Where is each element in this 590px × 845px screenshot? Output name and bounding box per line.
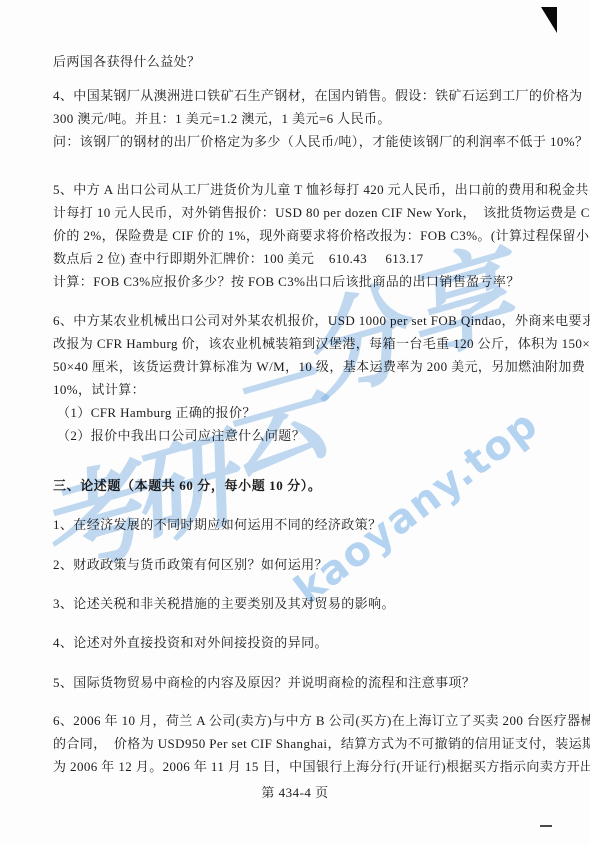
text-line: 数点后 2 位) 查中行即期外汇牌价：100 美元 610.43 613.17	[53, 247, 590, 270]
text-line: 5、中方 A 出口公司从工厂进货价为儿童 T 恤衫每打 420 元人民币，出口前…	[53, 178, 590, 201]
text-line: 1、在经济发展的不同时期应如何运用不同的经济政策？	[53, 513, 382, 536]
text-line: 问：该钢厂的钢材的出厂价格定为多少（人民币/吨），才能使该钢厂的利润率不低于 1…	[53, 130, 588, 153]
essay-question-3: 3、论述关税和非关税措施的主要类别及其对贸易的影响。	[53, 592, 395, 615]
text-line: 6、2006 年 10 月，荷兰 A 公司(卖方)与中方 B 公司(买方)在上海…	[53, 709, 590, 732]
text-line: 后两国各获得什么益处？	[53, 50, 200, 73]
page-corner-triangle-icon	[541, 7, 557, 33]
section-3-heading: 三、论述题（本题共 60 分，每小题 10 分）。	[53, 474, 322, 497]
text-line: 6、中方某农业机械出口公司对外某农机报价，USD 1000 per set FO…	[53, 309, 590, 332]
essay-question-2: 2、财政政策与货币政策有何区别？如何运用？	[53, 553, 328, 576]
text-line: 为 2006 年 12 月。2006 年 11 月 15 日，中国银行上海分行(…	[53, 755, 590, 778]
text-line: 3、论述关税和非关税措施的主要类别及其对贸易的影响。	[53, 592, 395, 615]
question-5: 5、中方 A 出口公司从工厂进货价为儿童 T 恤衫每打 420 元人民币，出口前…	[53, 178, 590, 293]
text-line: 4、论述对外直接投资和对外间接投资的异同。	[53, 631, 328, 654]
question-intro-fragment: 后两国各获得什么益处？	[53, 50, 200, 73]
sub-question-1: （1）CFR Hamburg 正确的报价？	[53, 401, 590, 424]
exam-page: 后两国各获得什么益处？ 4、中国某钢厂从澳洲进口铁矿石生产钢材，在国内销售。假设…	[0, 0, 590, 845]
essay-question-6-case: 6、2006 年 10 月，荷兰 A 公司(卖方)与中方 B 公司(买方)在上海…	[53, 709, 590, 778]
essay-question-5: 5、国际货物贸易中商检的内容及原因？并说明商检的流程和注意事项？	[53, 671, 475, 694]
section-title: 三、论述题（本题共 60 分，每小题 10 分）。	[53, 474, 322, 497]
text-line: 价的 2%，保险费是 CIF 价的 1%，现外商要求将价格改报为：FOB C3%…	[53, 224, 590, 247]
text-line: 的合同， 价格为 USD950 Per set CIF Shanghai，结算方…	[53, 732, 590, 755]
text-line: 2、财政政策与货币政策有何区别？如何运用？	[53, 553, 328, 576]
sub-question-2: （2）报价中我出口公司应注意什么问题？	[53, 424, 590, 447]
text-line: 4、中国某钢厂从澳洲进口铁矿石生产钢材，在国内销售。假设：铁矿石运到工厂的价格为	[53, 84, 588, 107]
text-line: 计算：FOB C3%应报价多少？按 FOB C3%出口后该批商品的出口销售盈亏率…	[53, 270, 590, 293]
essay-question-1: 1、在经济发展的不同时期应如何运用不同的经济政策？	[53, 513, 382, 536]
question-4: 4、中国某钢厂从澳洲进口铁矿石生产钢材，在国内销售。假设：铁矿石运到工厂的价格为…	[53, 84, 588, 153]
essay-question-4: 4、论述对外直接投资和对外间接投资的异同。	[53, 631, 328, 654]
bottom-corner-dash	[540, 825, 552, 827]
text-line: 10%，试计算：	[53, 378, 590, 401]
text-line: 300 澳元/吨。并且：1 美元=1.2 澳元，1 美元=6 人民币。	[53, 107, 588, 130]
text-line: 计每打 10 元人民币，对外销售报价：USD 80 per dozen CIF …	[53, 201, 590, 224]
question-6: 6、中方某农业机械出口公司对外某农机报价，USD 1000 per set FO…	[53, 309, 590, 447]
page-number: 第 434-4 页	[0, 782, 590, 801]
text-line: 50×40 厘米，该货运费计算标准为 W/M，10 级，基本运费率为 200 美…	[53, 355, 590, 378]
text-line: 改报为 CFR Hamburg 价，该农业机械装箱到汉堡港，每箱一台毛重 120…	[53, 332, 590, 355]
text-line: 5、国际货物贸易中商检的内容及原因？并说明商检的流程和注意事项？	[53, 671, 475, 694]
